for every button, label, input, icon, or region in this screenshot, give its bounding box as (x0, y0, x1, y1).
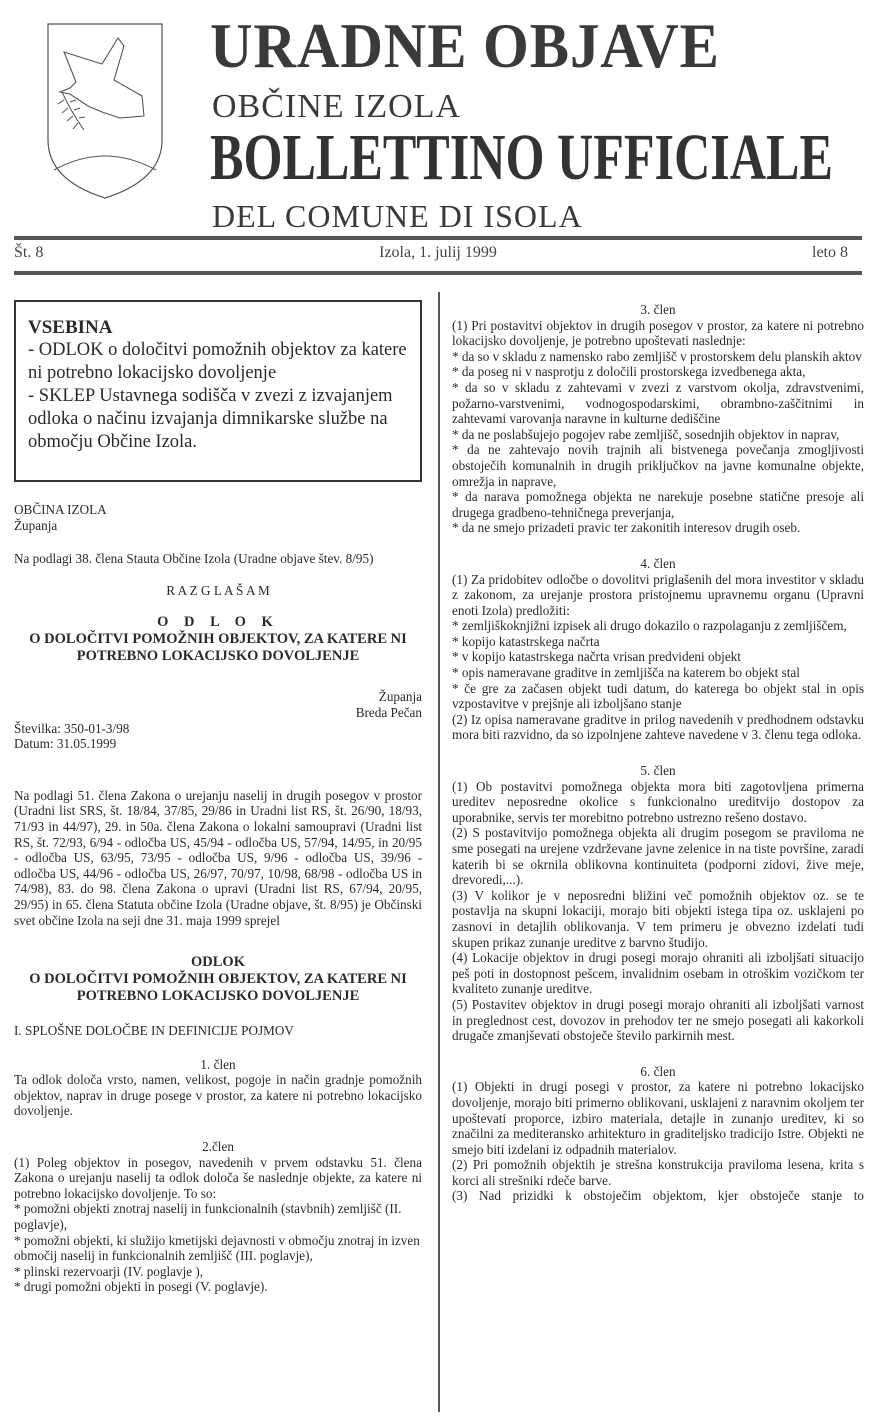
article-bullet: * pomožni objekti, ki služijo kmetijski … (14, 1233, 422, 1264)
article-bullet: * da narava pomožnega objekta ne narekuj… (452, 489, 864, 520)
article-heading: 3. člen (452, 302, 864, 318)
article-bullet: * plinski rezervoarji (IV. poglavje ), (14, 1264, 422, 1280)
masthead-top-rule (14, 236, 862, 240)
decree-word-heading: O D L O K (14, 614, 422, 631)
place-date: Izola, 1. julij 1999 (14, 244, 862, 262)
article-bullet: * pomožni objekti znotraj naselij in fun… (14, 1201, 422, 1232)
preamble-paragraph: Na podlagi 51. člena Zakona o urejanju n… (14, 788, 422, 928)
article-paragraph: (1) Objekti in drugi posegi v prostor, z… (452, 1079, 864, 1157)
document-date: Datum: 31.05.1999 (14, 736, 422, 752)
article-paragraph: (1) Poleg objektov in posegov, navedenih… (14, 1155, 422, 1202)
article-paragraph: (2) S postavitvijo pomožnega objekta ali… (452, 825, 864, 887)
decree-title-heading: O DOLOČITVI POMOŽNIH OBJEKTOV, ZA KATERE… (14, 631, 422, 665)
article-bullet: * da so v skladu z zahtevami v zvezi z v… (452, 380, 864, 427)
article-heading: 5. člen (452, 763, 864, 779)
publication-year: leto 8 (812, 244, 848, 262)
signer-name: Breda Pečan (14, 705, 422, 721)
column-divider (438, 292, 440, 1412)
masthead-title-slovene: URADNE OBJAVE (210, 14, 720, 78)
document-number: Številka: 350-01-3/98 (14, 721, 422, 737)
article-bullet: * v kopijo katastrskega načrta vrisan pr… (452, 649, 864, 665)
article-paragraph: (4) Lokacije objektov in drugi posegi mo… (452, 950, 864, 997)
issuer-role: Županja (14, 518, 422, 534)
article-heading: 2.člen (14, 1139, 422, 1155)
issuer-line: OBČINA IZOLA (14, 502, 422, 518)
proclaim-heading: R A Z G L A Š A M (14, 583, 422, 599)
masthead-title-italian: BOLLETTINO UFFICIALE (210, 125, 833, 191)
dove-with-olive-branch-shield-icon (40, 20, 166, 200)
article-paragraph: (5) Postavitev objektov in drugi posegi … (452, 997, 864, 1044)
article-bullet: * opis nameravane graditve in zemljišča … (452, 665, 864, 681)
decree-word-heading-2: ODLOK (14, 954, 422, 971)
article-bullet: * zemljiškoknjižni izpisek ali drugo dok… (452, 618, 864, 634)
article-bullet: * da ne smejo prizadeti pravic ter zakon… (452, 520, 864, 536)
article-paragraph: Ta odlok določa vrsto, namen, velikost, … (14, 1072, 422, 1119)
promulgation-basis: Na podlagi 38. člena Stauta Občine Izola… (14, 551, 422, 567)
left-column: VSEBINA - ODLOK o določitvi pomožnih obj… (14, 300, 422, 1295)
toc-item: - ODLOK o določitvi pomožnih objektov za… (28, 339, 408, 385)
masthead-subtitle-italian: DEL COMUNE DI ISOLA (212, 200, 583, 232)
article-heading: 1. člen (14, 1057, 422, 1073)
article-bullet: * drugi pomožni objekti in posegi (V. po… (14, 1279, 422, 1295)
chapter-heading: I. SPLOŠNE DOLOČBE IN DEFINICIJE POJMOV (14, 1023, 422, 1039)
article-bullet: * da ne poslabšujejo pogojev rabe zemlji… (452, 427, 864, 443)
article-paragraph: (2) Iz opisa nameravane graditve in pril… (452, 712, 864, 743)
signer-role: Županja (14, 689, 422, 705)
article-heading: 4. člen (452, 556, 864, 572)
masthead-bottom-rule (14, 271, 862, 275)
masthead-subtitle-slovene: OBČINE IZOLA (212, 90, 461, 124)
article-paragraph: (1) Za pridobitev odločbe o dovolitvi pr… (452, 572, 864, 619)
article-bullet: * da so v skladu z namensko rabo zemljiš… (452, 349, 864, 365)
article-paragraph: (3) Nad prizidki k obstoječim objektom, … (452, 1188, 864, 1204)
article-heading: 6. člen (452, 1064, 864, 1080)
article-paragraph: (3) V kolikor je v neposredni bližini ve… (452, 888, 864, 950)
right-column: 3. člen (1) Pri postavitvi objektov in d… (452, 302, 864, 1204)
article-bullet: * da ne zahtevajo novih trajnih ali bist… (452, 442, 864, 489)
article-bullet: * kopijo katastrskega načrta (452, 634, 864, 650)
toc-title: VSEBINA (28, 316, 408, 339)
toc-item: - SKLEP Ustavnega sodišča v zvezi z izva… (28, 385, 408, 454)
decree-title-heading-2: O DOLOČITVI POMOŽNIH OBJEKTOV, ZA KATERE… (14, 971, 422, 1005)
table-of-contents-box: VSEBINA - ODLOK o določitvi pomožnih obj… (14, 300, 422, 482)
article-paragraph: (1) Pri postavitvi objektov in drugih po… (452, 318, 864, 349)
article-bullet: * da poseg ni v nasprotju z določili pro… (452, 364, 864, 380)
article-paragraph: (1) Ob postavitvi pomožnega objekta mora… (452, 779, 864, 826)
article-paragraph: (2) Pri pomožnih objektih je strešna kon… (452, 1157, 864, 1188)
article-bullet: * če gre za začasen objekt tudi datum, d… (452, 681, 864, 712)
